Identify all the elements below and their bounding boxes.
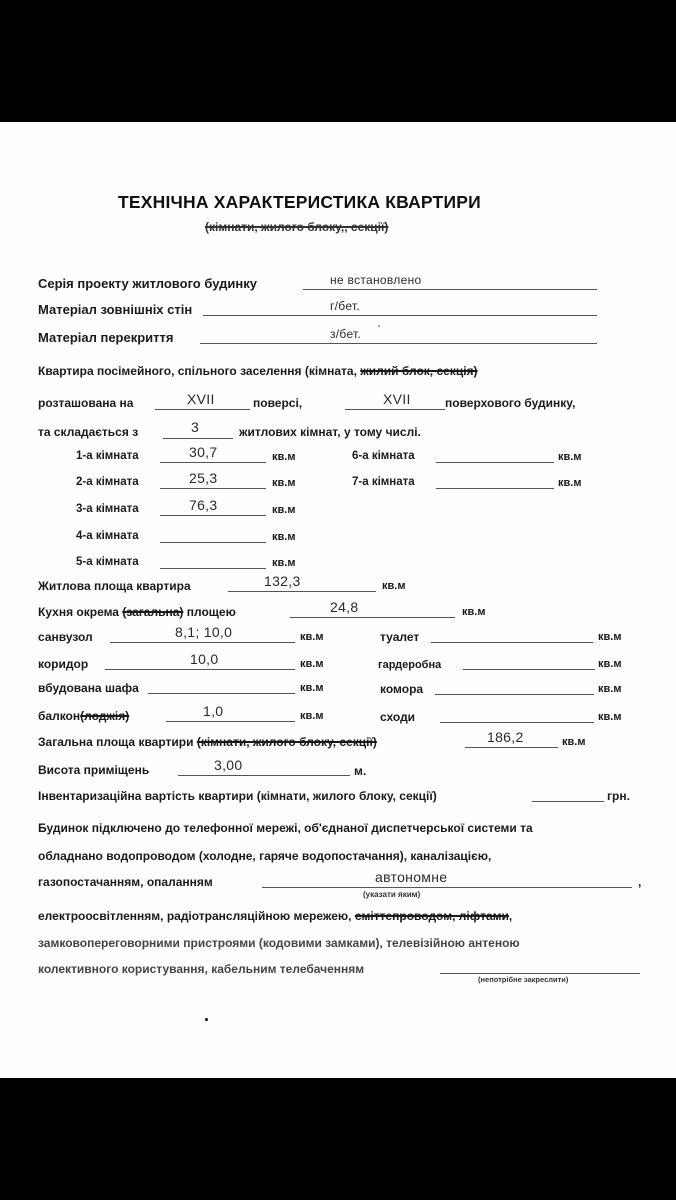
bathroom-unit: кв.м: [300, 631, 323, 643]
room-3-value[interactable]: 76,3: [189, 497, 217, 513]
room-3-label: 3-а кімната: [76, 503, 139, 515]
rooms-count-value[interactable]: 3: [191, 419, 199, 435]
document-subtitle-struck: (кімнати, жилого блоку,, секції): [205, 220, 388, 234]
dressing-room-label: гардеробна: [378, 659, 441, 671]
stairs-label: сходи: [380, 710, 415, 724]
location-prefix: розташована на: [38, 396, 133, 410]
total-area-label: Загальна площа квартири: [38, 735, 193, 749]
toilet-unit: кв.м: [598, 631, 621, 643]
utilities-line-4-end: ,: [509, 909, 512, 923]
inventory-unit: грн.: [607, 789, 630, 803]
corridor-label: коридор: [38, 657, 88, 671]
settlement-struck: жилий блок, секція): [360, 364, 477, 378]
wardrobe-builtin-line: [148, 693, 295, 694]
kitchen-prefix: Кухня окрема: [38, 605, 119, 619]
balcony-unit: кв.м: [300, 710, 323, 722]
series-label: Серія проекту житлового будинку: [38, 276, 257, 291]
series-value[interactable]: не встановлено: [330, 273, 422, 287]
settlement-row: Квартира посімейного, спільного заселенн…: [38, 364, 478, 378]
floor-line: [155, 409, 250, 410]
rooms-count-suffix: житлових кімнат, у тому числі.: [239, 425, 421, 439]
floor-value[interactable]: XVII: [187, 391, 215, 407]
room-6-line: [436, 462, 554, 463]
room-4-unit: кв.м: [272, 531, 295, 543]
balcony-label: балкон: [38, 709, 80, 723]
room-3-unit: кв.м: [272, 504, 295, 516]
room-7-line: [436, 488, 554, 489]
dressing-room-unit: кв.м: [598, 658, 621, 670]
living-area-line: [228, 591, 376, 592]
corridor-value[interactable]: 10,0: [190, 651, 218, 667]
kitchen-line: [290, 617, 455, 618]
storage-line: [435, 694, 594, 695]
total-area-value[interactable]: 186,2: [487, 729, 524, 745]
room-2-unit: кв.м: [272, 477, 295, 489]
ceiling-line: [200, 343, 597, 344]
room-4-label: 4-а кімната: [76, 530, 139, 542]
balcony-line: [166, 721, 295, 722]
living-area-label: Житлова площа квартира: [38, 579, 191, 593]
kitchen-struck: (загальна): [122, 605, 183, 619]
rooms-count-prefix: та складається з: [38, 425, 138, 439]
utilities-line-3: газопостачанням, опаланням: [38, 875, 213, 889]
kitchen-unit: кв.м: [462, 606, 485, 618]
utilities-line-2: обладнано водопроводом (холодне, гаряче …: [38, 849, 491, 863]
utilities-line-5: замковопереговорними пристроями (кодовим…: [38, 936, 520, 950]
balcony-value[interactable]: 1,0: [203, 703, 223, 719]
room-6-label: 6-а кімната: [352, 450, 415, 462]
room-1-label: 1-а кімната: [76, 450, 139, 462]
heating-value[interactable]: автономне: [375, 869, 447, 885]
balcony-struck: (лоджія): [80, 709, 129, 723]
walls-value[interactable]: г/бет.: [330, 299, 360, 313]
room-7-unit: кв.м: [558, 477, 581, 489]
location-middle: поверсі,: [253, 396, 302, 410]
kitchen-row: Кухня окрема (загальна) площею: [38, 605, 236, 619]
total-area-unit: кв.м: [562, 736, 585, 748]
series-line: [303, 289, 597, 290]
heating-comma: ,: [638, 875, 641, 889]
cable-tv-hint: (непотрібне закреслити): [478, 975, 568, 984]
room-1-value[interactable]: 30,7: [189, 444, 217, 460]
toilet-line: [431, 642, 593, 643]
heating-line: [262, 887, 632, 888]
location-suffix: поверхового будинку,: [445, 396, 575, 410]
room-5-line: [160, 568, 266, 569]
stairs-line: [440, 722, 594, 723]
room-5-unit: кв.м: [272, 557, 295, 569]
utilities-line-4-struck: сміттепроводом, ліфтами: [355, 909, 509, 923]
walls-label: Матеріал зовнішніх стін: [38, 302, 192, 317]
bathroom-value[interactable]: 8,1; 10,0: [175, 624, 232, 640]
room-1-unit: кв.м: [272, 451, 295, 463]
total-area-struck: (кімнати, жилого блоку, секції): [197, 735, 377, 749]
balcony-row: балкон(лоджія): [38, 709, 129, 723]
height-label: Висота приміщень: [38, 763, 149, 777]
room-2-line: [160, 488, 266, 489]
living-area-unit: кв.м: [382, 580, 405, 592]
ceiling-value[interactable]: з/бет.: [330, 327, 361, 341]
room-3-line: [160, 515, 266, 516]
dressing-room-line: [463, 669, 595, 670]
corridor-unit: кв.м: [300, 658, 323, 670]
room-7-label: 7-а кімната: [352, 476, 415, 488]
living-area-value[interactable]: 132,3: [264, 573, 301, 589]
utilities-line-4-kept: електроосвітленням, радіотрансляційною м…: [38, 909, 351, 923]
cable-tv-line: [440, 973, 640, 974]
utilities-line-4: електроосвітленням, радіотрансляційною м…: [38, 909, 512, 923]
storage-label: комора: [380, 682, 423, 696]
ceiling-label: Матеріал перекриття: [38, 330, 173, 345]
inventory-line: [532, 801, 604, 802]
walls-line: [203, 315, 597, 316]
total-floors-line: [345, 409, 445, 410]
total-area-row: Загальна площа квартири (кімнати, жилого…: [38, 735, 377, 749]
total-area-line: [465, 747, 558, 748]
ink-dot: [205, 1018, 208, 1021]
document-title: ТЕХНІЧНА ХАРАКТЕРИСТИКА КВАРТИРИ: [118, 192, 481, 213]
height-line: [178, 775, 350, 776]
room-1-line: [160, 462, 266, 463]
storage-unit: кв.м: [598, 683, 621, 695]
room-2-value[interactable]: 25,3: [189, 470, 217, 486]
kitchen-suffix: площею: [187, 605, 236, 619]
rooms-count-line: [163, 438, 233, 439]
height-value[interactable]: 3,00: [214, 757, 242, 773]
height-unit: м.: [354, 764, 366, 778]
wardrobe-builtin-unit: кв.м: [300, 682, 323, 694]
inventory-label: Інвентаризаційна вартість квартири (кімн…: [38, 789, 437, 803]
speck: [378, 325, 380, 327]
room-4-line: [160, 542, 266, 543]
room-5-label: 5-а кімната: [76, 556, 139, 568]
bathroom-line: [110, 642, 295, 643]
room-2-label: 2-а кімната: [76, 476, 139, 488]
room-6-unit: кв.м: [558, 451, 581, 463]
utilities-line-1: Будинок підключено до телефонної мережі,…: [38, 821, 533, 835]
settlement-kept: (кімната,: [305, 364, 357, 378]
utilities-line-6: колективного користування, кабельним тел…: [38, 962, 364, 976]
settlement-prefix: Квартира посімейного, спільного заселенн…: [38, 364, 302, 378]
corridor-line: [105, 669, 295, 670]
toilet-label: туалет: [380, 630, 419, 644]
bathroom-label: санвузол: [38, 630, 93, 644]
total-floors-value[interactable]: XVII: [383, 391, 411, 407]
wardrobe-builtin-label: вбудована шафа: [38, 681, 139, 695]
stairs-unit: кв.м: [598, 711, 621, 723]
heating-hint: (указати яким): [363, 890, 420, 899]
kitchen-value[interactable]: 24,8: [330, 599, 358, 615]
